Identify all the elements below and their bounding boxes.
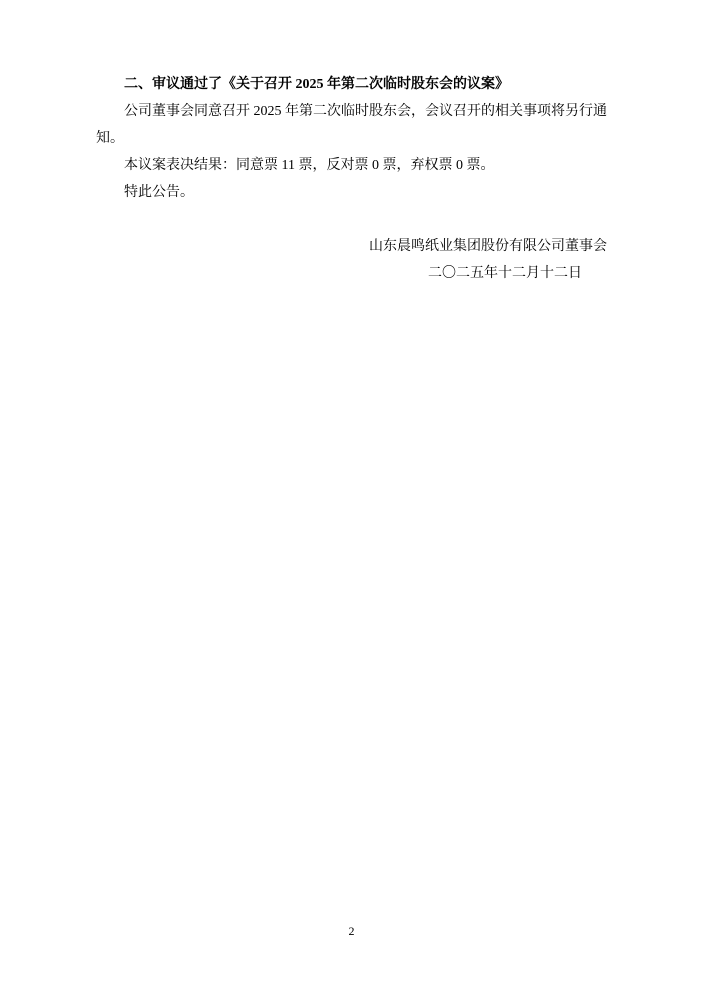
section-heading: 二、审议通过了《关于召开 2025 年第二次临时股东会的议案》	[96, 71, 607, 98]
document-content: 二、审议通过了《关于召开 2025 年第二次临时股东会的议案》 公司董事会同意召…	[96, 71, 607, 287]
document-page: 二、审议通过了《关于召开 2025 年第二次临时股东会的议案》 公司董事会同意召…	[0, 0, 703, 1000]
page-number: 2	[0, 924, 703, 938]
blank-line	[96, 206, 607, 233]
board-signature: 山东晨鸣纸业集团股份有限公司董事会	[96, 233, 607, 260]
paragraph-vote-result: 本议案表决结果：同意票 11 票，反对票 0 票，弃权票 0 票。	[96, 152, 607, 179]
paragraph-announcement-closing: 特此公告。	[96, 179, 607, 206]
paragraph-resolution-body: 公司董事会同意召开 2025 年第二次临时股东会，会议召开的相关事项将另行通知。	[96, 98, 607, 152]
announcement-date: 二〇二五年十二月十二日	[96, 260, 607, 287]
